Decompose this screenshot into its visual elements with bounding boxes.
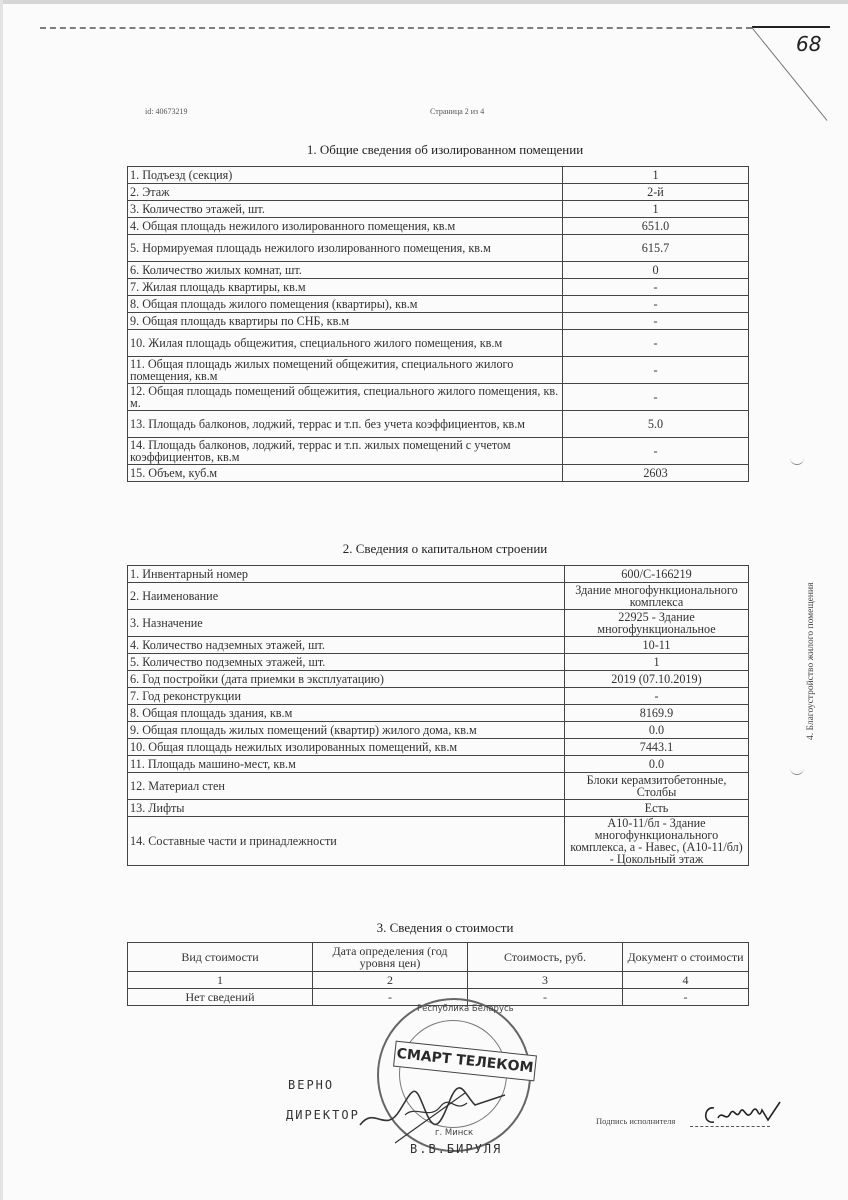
table-header-row: Вид стоимости Дата определения (год уров… — [128, 943, 749, 972]
table-row: 9. Общая площадь квартиры по СНБ, кв.м- — [128, 313, 749, 330]
stamp-ring-text: Республика Беларусь — [417, 1004, 514, 1014]
row-value: 2603 — [563, 465, 749, 482]
column-header: Вид стоимости — [128, 943, 313, 972]
row-value: 22925 - Здание многофункциональное — [565, 610, 749, 637]
row-value: 2019 (07.10.2019) — [565, 671, 749, 688]
row-label: 13. Площадь балконов, лоджий, террас и т… — [128, 411, 563, 438]
row-value: 5.0 — [563, 411, 749, 438]
section2-title: 2. Сведения о капитальном строении — [125, 541, 765, 557]
table-row: 5. Количество подземных этажей, шт.1 — [128, 654, 749, 671]
side-section-note: 4. Благоустройство жилого помещения — [806, 583, 816, 740]
table-row: 3. Назначение22925 - Здание многофункцио… — [128, 610, 749, 637]
row-label: 6. Год постройки (дата приемки в эксплуа… — [128, 671, 565, 688]
top-rule — [752, 26, 830, 28]
table-row: 1. Подъезд (секция)1 — [128, 167, 749, 184]
table-row: 10. Жилая площадь общежития, специальног… — [128, 330, 749, 357]
section1-title: 1. Общие сведения об изолированном помещ… — [125, 142, 765, 158]
row-label: 7. Год реконструкции — [128, 688, 565, 705]
page-edge — [0, 0, 3, 1200]
row-label: 5. Количество подземных этажей, шт. — [128, 654, 565, 671]
row-label: 1. Инвентарный номер — [128, 566, 565, 583]
row-label: 2. Этаж — [128, 184, 563, 201]
row-label: 10. Общая площадь нежилых изолированных … — [128, 739, 565, 756]
table-row: 6. Год постройки (дата приемки в эксплуа… — [128, 671, 749, 688]
table-row: 4. Общая площадь нежилого изолированного… — [128, 218, 749, 235]
director-signature-icon — [355, 1075, 515, 1145]
table-row: 5. Нормируемая площадь нежилого изолиров… — [128, 235, 749, 262]
row-value: - — [563, 279, 749, 296]
row-value: 1 — [563, 201, 749, 218]
top-rule — [40, 27, 752, 30]
table-cell: Нет сведений — [128, 989, 313, 1006]
row-label: 12. Материал стен — [128, 773, 565, 800]
row-label: 1. Подъезд (секция) — [128, 167, 563, 184]
section2-table: 1. Инвентарный номер600/С-1662192. Наиме… — [127, 565, 749, 866]
row-value: 8169.9 — [565, 705, 749, 722]
table-row: 1. Инвентарный номер600/С-166219 — [128, 566, 749, 583]
table-row: 6. Количество жилых комнат, шт.0 — [128, 262, 749, 279]
row-label: 8. Общая площадь жилого помещения (кварт… — [128, 296, 563, 313]
column-header: Стоимость, руб. — [468, 943, 623, 972]
row-value: - — [565, 688, 749, 705]
row-value: - — [563, 296, 749, 313]
table-row: 11. Общая площадь жилых помещений общежи… — [128, 357, 749, 384]
row-value: А10-11/бл - Здание многофункционального … — [565, 817, 749, 866]
page-counter: Страница 2 из 4 — [430, 107, 484, 116]
row-value: 2-й — [563, 184, 749, 201]
row-label: 14. Площадь балконов, лоджий, террас и т… — [128, 438, 563, 465]
row-value: 1 — [563, 167, 749, 184]
row-value: Блоки керамзитобетонные, Столбы — [565, 773, 749, 800]
row-value: - — [563, 438, 749, 465]
row-label: 2. Наименование — [128, 583, 565, 610]
column-number: 3 — [468, 972, 623, 989]
table-cell: - — [468, 989, 623, 1006]
row-label: 4. Общая площадь нежилого изолированного… — [128, 218, 563, 235]
table-row: 14. Площадь балконов, лоджий, террас и т… — [128, 438, 749, 465]
table-row: 12. Общая площадь помещений общежития, с… — [128, 384, 749, 411]
table-row: 9. Общая площадь жилых помещений (кварти… — [128, 722, 749, 739]
table-row: 2. Этаж2-й — [128, 184, 749, 201]
director-title: ДИРЕКТОР — [286, 1108, 360, 1122]
row-value: 10-11 — [565, 637, 749, 654]
page-edge — [0, 0, 848, 4]
hole-punch-mark — [790, 766, 804, 775]
handwritten-page-number: 68 — [796, 32, 821, 56]
row-value: - — [563, 357, 749, 384]
column-header: Документ о стоимости — [623, 943, 749, 972]
row-label: 11. Площадь машино-мест, кв.м — [128, 756, 565, 773]
table-row: 13. Площадь балконов, лоджий, террас и т… — [128, 411, 749, 438]
row-label: 14. Составные части и принадлежности — [128, 817, 565, 866]
table-row: 10. Общая площадь нежилых изолированных … — [128, 739, 749, 756]
row-value: 615.7 — [563, 235, 749, 262]
row-label: 12. Общая площадь помещений общежития, с… — [128, 384, 563, 411]
certification-verno: ВЕРНО — [288, 1078, 334, 1092]
row-value: 1 — [565, 654, 749, 671]
table-row: 12. Материал стенБлоки керамзитобетонные… — [128, 773, 749, 800]
row-value: 7443.1 — [565, 739, 749, 756]
row-label: 3. Назначение — [128, 610, 565, 637]
table-row: 4. Количество надземных этажей, шт.10-11 — [128, 637, 749, 654]
table-row: 7. Год реконструкции- — [128, 688, 749, 705]
row-value: 0 — [563, 262, 749, 279]
performer-signature-label: Подпись исполнителя — [596, 1116, 675, 1126]
section1-table: 1. Подъезд (секция)12. Этаж2-й3. Количес… — [127, 166, 749, 482]
row-value: 0.0 — [565, 756, 749, 773]
column-number: 4 — [623, 972, 749, 989]
table-row: 7. Жилая площадь квартиры, кв.м- — [128, 279, 749, 296]
performer-signature-icon — [700, 1098, 790, 1130]
table-row: 11. Площадь машино-мест, кв.м0.0 — [128, 756, 749, 773]
row-label: 6. Количество жилых комнат, шт. — [128, 262, 563, 279]
row-value: 651.0 — [563, 218, 749, 235]
table-row: 14. Составные части и принадлежностиА10-… — [128, 817, 749, 866]
column-number-row: 1 2 3 4 — [128, 972, 749, 989]
row-label: 3. Количество этажей, шт. — [128, 201, 563, 218]
row-value: - — [563, 384, 749, 411]
section3-title: 3. Сведения о стоимости — [125, 920, 765, 936]
column-number: 1 — [128, 972, 313, 989]
document-id: id: 40673219 — [145, 107, 187, 116]
row-label: 11. Общая площадь жилых помещений общежи… — [128, 357, 563, 384]
table-row: 2. НаименованиеЗдание многофункционально… — [128, 583, 749, 610]
row-label: 15. Объем, куб.м — [128, 465, 563, 482]
row-label: 9. Общая площадь квартиры по СНБ, кв.м — [128, 313, 563, 330]
table-row: 15. Объем, куб.м2603 — [128, 465, 749, 482]
row-label: 8. Общая площадь здания, кв.м — [128, 705, 565, 722]
table-row: 8. Общая площадь здания, кв.м8169.9 — [128, 705, 749, 722]
row-value: Есть — [565, 800, 749, 817]
row-label: 4. Количество надземных этажей, шт. — [128, 637, 565, 654]
table-cell: - — [623, 989, 749, 1006]
table-row: 3. Количество этажей, шт.1 — [128, 201, 749, 218]
row-label: 13. Лифты — [128, 800, 565, 817]
row-label: 10. Жилая площадь общежития, специальног… — [128, 330, 563, 357]
row-value: 0.0 — [565, 722, 749, 739]
column-number: 2 — [313, 972, 468, 989]
hole-punch-mark — [790, 456, 804, 465]
row-label: 9. Общая площадь жилых помещений (кварти… — [128, 722, 565, 739]
table-row: 8. Общая площадь жилого помещения (кварт… — [128, 296, 749, 313]
column-header: Дата определения (год уровня цен) — [313, 943, 468, 972]
row-value: - — [563, 313, 749, 330]
row-label: 5. Нормируемая площадь нежилого изолиров… — [128, 235, 563, 262]
row-value: 600/С-166219 — [565, 566, 749, 583]
row-value: Здание многофункционального комплекса — [565, 583, 749, 610]
row-value: - — [563, 330, 749, 357]
table-row: 13. ЛифтыЕсть — [128, 800, 749, 817]
section3-table: Вид стоимости Дата определения (год уров… — [127, 942, 749, 1006]
row-label: 7. Жилая площадь квартиры, кв.м — [128, 279, 563, 296]
